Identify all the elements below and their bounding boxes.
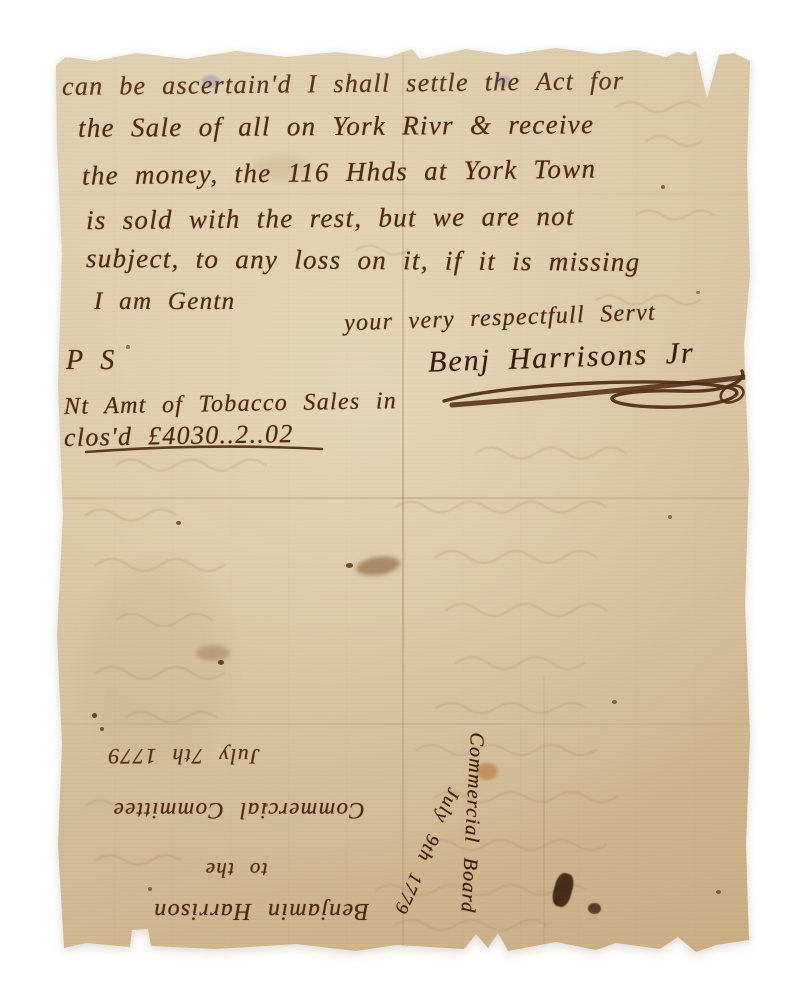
letter-line: the money, the 116 Hhds at York Town <box>82 153 597 191</box>
letter-line: is sold with the rest, but we are not <box>86 201 575 236</box>
paper-sheet-wrapper: can be ascertain'd I shall settle the Ac… <box>56 45 750 952</box>
docket-recipient: Commercial Committee <box>71 797 406 823</box>
vertical-fold-crease-lower <box>543 675 545 952</box>
postscript-line: Nt Amt of Tobacco Sales in <box>64 388 398 421</box>
letter-closing: I am Gentn <box>94 288 235 316</box>
ink-blot <box>588 903 601 914</box>
postscript-line: clos'd £4030..2..02 <box>64 419 294 453</box>
brown-stain <box>196 645 230 661</box>
ink-blot <box>550 871 576 909</box>
letter-line: can be ascertain'd I shall settle the Ac… <box>62 66 625 102</box>
docket-sender: Benjamin Harrison <box>96 897 426 924</box>
water-stain <box>86 565 226 765</box>
letter-photograph: can be ascertain'd I shall settle the Ac… <box>0 0 798 1000</box>
postscript-label: P S <box>66 345 116 377</box>
docket-date: July 7th 1779 <box>76 743 291 769</box>
signature: Benj Harrisons Jr <box>427 336 695 379</box>
letter-line: the Sale of all on York Rivr & receive <box>78 109 595 144</box>
letter-valediction: your very respectfull Servt <box>344 300 657 338</box>
horizontal-fold-crease-lower <box>56 723 750 725</box>
sideways-note: Commercial Board <box>452 732 488 983</box>
docket-connector: to the <box>176 857 296 882</box>
horizontal-fold-crease-upper <box>56 193 750 195</box>
paper-sheet: can be ascertain'd I shall settle the Ac… <box>56 45 750 952</box>
letter-line: subject, to any loss on it, if it is mis… <box>86 243 641 278</box>
horizontal-fold-crease <box>56 497 750 499</box>
ink-smudge-stain <box>355 554 401 578</box>
